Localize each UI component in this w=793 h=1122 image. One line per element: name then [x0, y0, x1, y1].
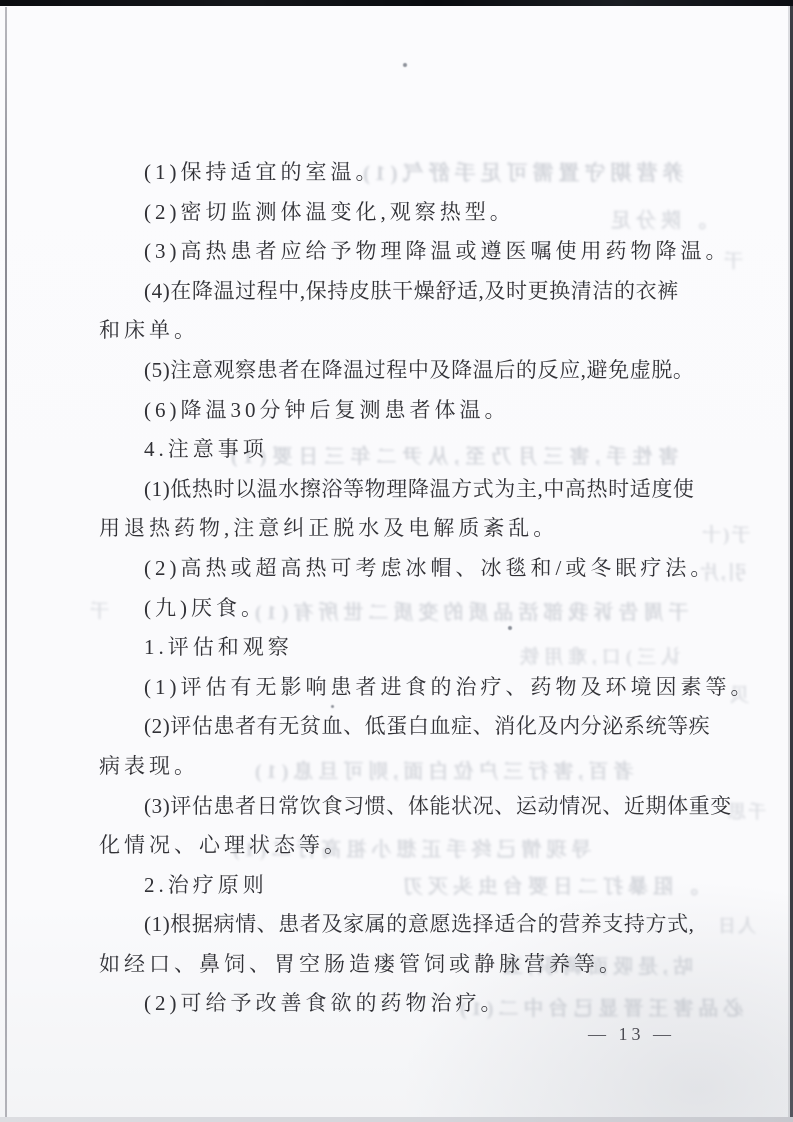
page-number: — 13 — — [588, 1024, 698, 1045]
text-line-3: (3)高热患者应给予物理降温或遵医嘱使用药物降温。 — [99, 232, 711, 272]
text-line-15: (2)评估患者有无贫血、低蛋白血症、消化及内分泌系统等疾 — [99, 707, 711, 747]
text-line-19: 2.治疗原则 — [99, 866, 711, 906]
text-line-10: 用退热药物,注意纠正脱水及电解质紊乱。 — [99, 509, 711, 549]
text-line-7: (6)降温30分钟后复测患者体温。 — [99, 391, 711, 431]
text-line-1: (1)保持适宜的室温。 — [99, 153, 711, 193]
text-line-5: 和床单。 — [99, 311, 711, 351]
scan-speck-1 — [403, 63, 407, 67]
scan-bottom-edge — [0, 1117, 793, 1122]
text-line-9: (1)低热时以温水擦浴等物理降温方式为主,中高热时适度使 — [99, 470, 711, 510]
text-line-11: (2)高热或超高热可考虑冰帽、冰毯和/或冬眠疗法。 — [99, 549, 711, 589]
body-text: (1)保持适宜的室温。(2)密切监测体温变化,观察热型。(3)高热患者应给予物理… — [99, 153, 711, 1024]
text-line-8: 4.注意事项 — [99, 430, 711, 470]
text-line-2: (2)密切监测体温变化,观察热型。 — [99, 193, 711, 233]
scan-left-edge-line — [5, 7, 7, 1122]
scan-top-edge — [0, 0, 793, 6]
text-line-13: 1.评估和观察 — [99, 628, 711, 668]
text-line-4: (4)在降温过程中,保持皮肤干燥舒适,及时更换清洁的衣裤 — [99, 272, 711, 312]
text-line-22: (2)可给予改善食欲的药物治疗。 — [99, 984, 711, 1024]
bleed-through-text-15: 人日 — [716, 912, 756, 938]
text-line-12: (九)厌食。 — [99, 589, 711, 629]
bleed-through-text-12: 千思 — [726, 798, 766, 824]
text-line-18: 化情况、心理状态等。 — [99, 826, 711, 866]
scanned-document-page: { "page": { "number_label": "— 13 —", "l… — [0, 0, 793, 1122]
text-line-16: 病表现。 — [99, 747, 711, 787]
text-line-17: (3)评估患者日常饮食习惯、体能状况、运动情况、近期体重变 — [99, 787, 711, 827]
text-line-20: (1)根据病情、患者及家属的意愿选择适合的营养支持方式, — [99, 905, 711, 945]
text-line-6: (5)注意观察患者在降温过程中及降温后的反应,避免虚脱。 — [99, 351, 711, 391]
text-line-21: 如经口、鼻饲、胃空肠造瘘管饲或静脉营养等。 — [99, 945, 711, 985]
text-line-14: (1)评估有无影响患者进食的治疗、药物及环境因素等。 — [99, 668, 711, 708]
